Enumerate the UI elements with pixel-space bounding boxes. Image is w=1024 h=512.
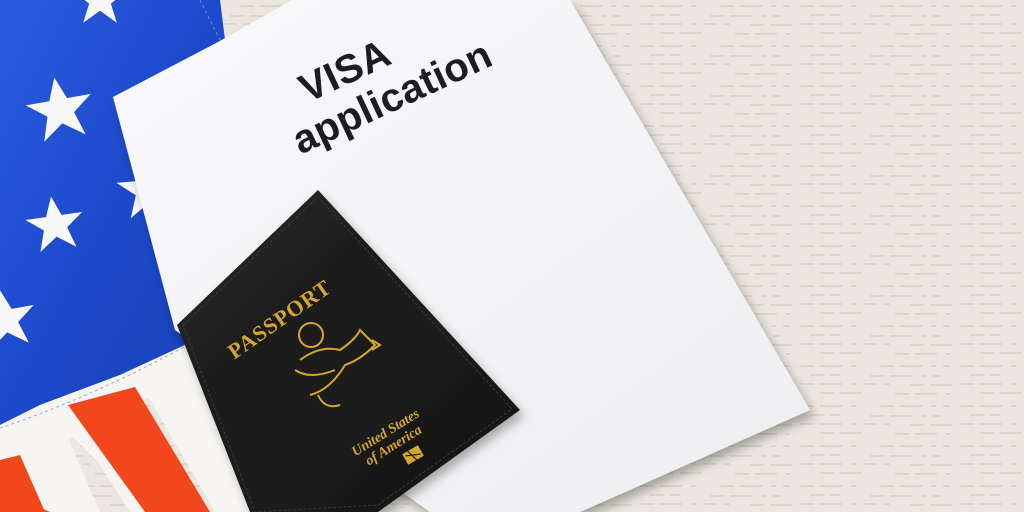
scene-graphics <box>0 0 1024 512</box>
photo-scene: VISA application PASSPORT United States … <box>0 0 1024 512</box>
